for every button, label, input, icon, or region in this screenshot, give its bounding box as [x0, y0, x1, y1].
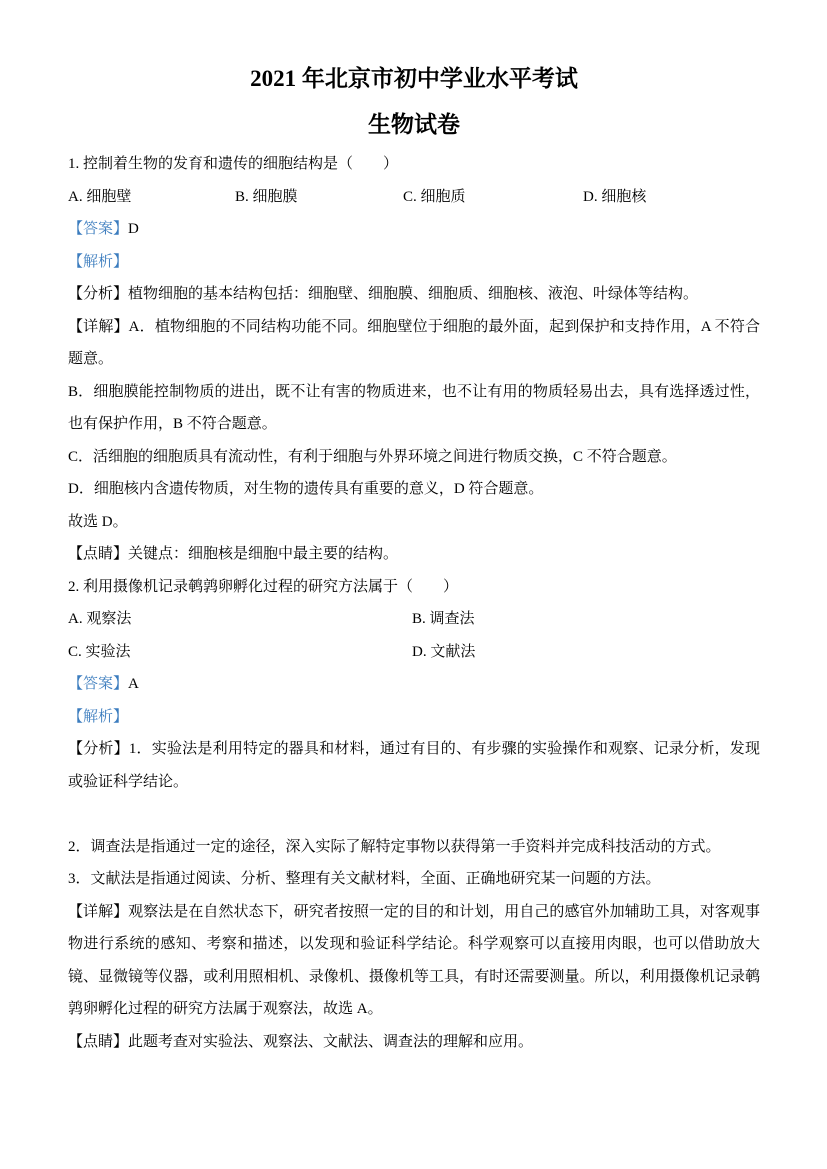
answer-label: 【答案】 [68, 221, 128, 237]
question-1-analysis-header: 【解析】 [68, 246, 760, 279]
question-2-analysis-1: 【分析】1．实验法是利用特定的器具和材料，通过有目的、有步骤的实验操作和观察、记… [68, 733, 760, 798]
question-2-option-a: A. 观察法 [68, 603, 412, 636]
analysis-label: 【解析】 [68, 254, 128, 270]
answer-label: 【答案】 [68, 676, 128, 692]
question-1-detail-d: D．细胞核内含遗传物质，对生物的遗传具有重要的意义，D 符合题意。 [68, 473, 760, 506]
question-2-option-d: D. 文献法 [412, 636, 760, 669]
exam-document-page: 2021 年北京市初中学业水平考试 生物试卷 1. 控制着生物的发育和遗传的细胞… [0, 0, 827, 1169]
question-2-answer-line: 【答案】A [68, 668, 760, 701]
page-content: 2021 年北京市初中学业水平考试 生物试卷 1. 控制着生物的发育和遗传的细胞… [0, 0, 827, 1058]
answer-value: D [128, 221, 139, 237]
question-2: 2. 利用摄像机记录鹌鹑卵孵化过程的研究方法属于（ ） A. 观察法 B. 调查… [68, 571, 760, 1059]
question-1-options: A. 细胞壁 B. 细胞膜 C. 细胞质 D. 细胞核 [68, 181, 760, 214]
question-2-analysis-2: 2．调查法是指通过一定的途径，深入实际了解特定事物以获得第一手资料并完成科技活动… [68, 831, 760, 864]
question-1-answer-line: 【答案】D [68, 213, 760, 246]
question-1-option-b: B. 细胞膜 [235, 181, 403, 214]
question-1: 1. 控制着生物的发育和遗传的细胞结构是（ ） A. 细胞壁 B. 细胞膜 C.… [68, 148, 760, 571]
question-1-option-c: C. 细胞质 [403, 181, 583, 214]
document-title: 2021 年北京市初中学业水平考试 [68, 56, 760, 102]
answer-value: A [128, 676, 139, 692]
question-2-analysis-header: 【解析】 [68, 701, 760, 734]
question-1-option-a: A. 细胞壁 [68, 181, 235, 214]
question-1-analysis: 【分析】植物细胞的基本结构包括：细胞壁、细胞膜、细胞质、细胞核、液泡、叶绿体等结… [68, 278, 760, 311]
question-2-option-b: B. 调查法 [412, 603, 760, 636]
question-2-analysis-3: 3．文献法是指通过阅读、分析、整理有关文献材料，全面、正确地研究某一问题的方法。 [68, 863, 760, 896]
question-2-option-c: C. 实验法 [68, 636, 412, 669]
question-1-detail-a: 【详解】A．植物细胞的不同结构功能不同。细胞壁位于细胞的最外面，起到保护和支持作… [68, 311, 760, 376]
question-1-option-d: D. 细胞核 [583, 181, 760, 214]
analysis-label: 【解析】 [68, 709, 128, 725]
blank-line-spacer [68, 798, 760, 831]
question-2-options: A. 观察法 B. 调查法 C. 实验法 D. 文献法 [68, 603, 760, 668]
question-1-conclusion: 故选 D。 [68, 506, 760, 539]
question-2-stem: 2. 利用摄像机记录鹌鹑卵孵化过程的研究方法属于（ ） [68, 571, 760, 604]
document-subtitle: 生物试卷 [68, 102, 760, 148]
question-1-detail-b: B．细胞膜能控制物质的进出，既不让有害的物质进来，也不让有用的物质轻易出去，具有… [68, 376, 760, 441]
question-1-tip: 【点睛】关键点：细胞核是细胞中最主要的结构。 [68, 538, 760, 571]
question-1-detail-c: C．活细胞的细胞质具有流动性，有利于细胞与外界环境之间进行物质交换，C 不符合题… [68, 441, 760, 474]
question-1-stem: 1. 控制着生物的发育和遗传的细胞结构是（ ） [68, 148, 760, 181]
question-2-detail: 【详解】观察法是在自然状态下，研究者按照一定的目的和计划，用自己的感官外加辅助工… [68, 896, 760, 1026]
question-2-tip: 【点睛】此题考查对实验法、观察法、文献法、调查法的理解和应用。 [68, 1026, 760, 1059]
